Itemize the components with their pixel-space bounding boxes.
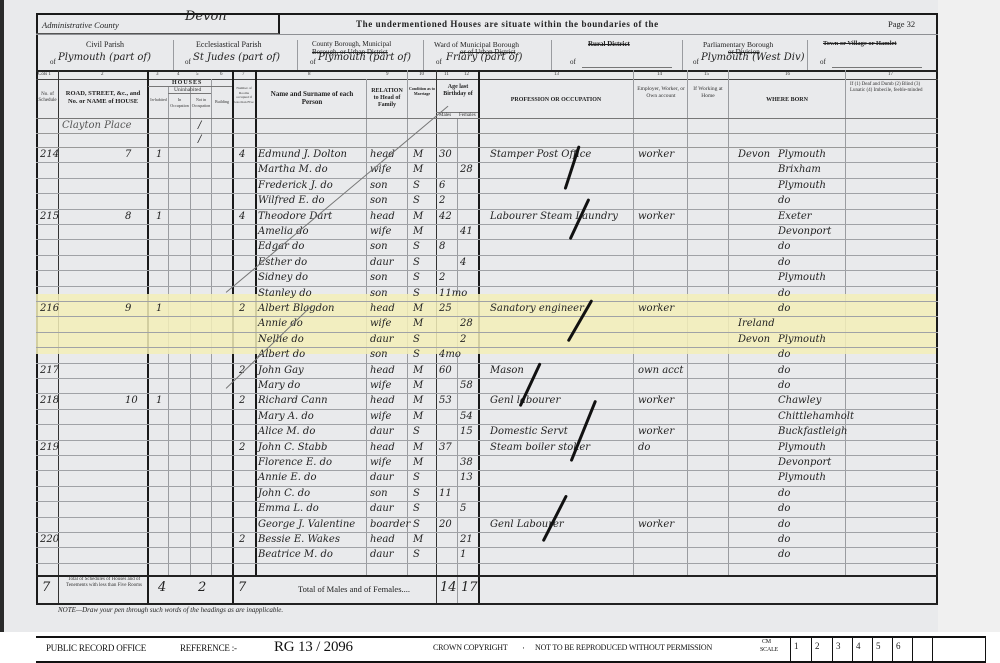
table-row: Alice M. dodaurS15Domestic ServtworkerBu…: [0, 425, 938, 440]
schedule-number: 214: [40, 147, 59, 162]
county-borough-value: Plymouth (part of): [318, 50, 411, 65]
of-label: of: [693, 58, 699, 66]
table-row: Emma L. dodaurS5do: [0, 502, 938, 517]
relation: son: [370, 270, 388, 285]
marital-condition: M: [413, 393, 423, 408]
uninhabited-mark: /: [198, 118, 201, 133]
parliamentary-value: Plymouth (West Div): [701, 50, 805, 65]
marital-condition: M: [413, 147, 423, 162]
totals-label: Total of Schedules of Houses and of Tene…: [62, 577, 146, 589]
page-number: Page 32: [888, 19, 915, 29]
condition-header: Condition as to Marriage: [409, 86, 435, 96]
age-female: 28: [460, 162, 473, 177]
marital-condition: S: [413, 270, 420, 285]
relation-header: RELATION to Head of Family: [368, 88, 406, 109]
age-male: 37: [439, 440, 452, 455]
house-number: 8: [125, 209, 131, 224]
page-heading: The undermentioned Houses are situate wi…: [356, 19, 659, 29]
inhabited-mark: 1: [156, 209, 162, 224]
table-row: Beatrice M. dodaurS1do: [0, 548, 938, 563]
col-number: 9: [386, 72, 389, 78]
house-number: 9: [125, 301, 131, 316]
schedule-number: 216: [40, 301, 59, 316]
relation: wife: [370, 378, 391, 393]
relation: wife: [370, 316, 391, 331]
age-male: 11: [439, 486, 452, 501]
at-home-header: If Working at Home: [689, 86, 727, 100]
marital-condition: S: [413, 239, 420, 254]
age-male: 20: [439, 517, 452, 532]
relation: daur: [370, 547, 394, 562]
marital-condition: M: [413, 316, 423, 331]
birth-place: do: [778, 517, 790, 532]
age-female: 2: [460, 332, 466, 347]
table-row: Amelia dowifeM41Devonport: [0, 225, 938, 240]
schedule-header: No. of Schedule: [38, 92, 57, 104]
birth-place: Plymouth: [778, 470, 826, 485]
rooms-count: 2: [239, 440, 245, 455]
ecclesiastical-parish-value: St Judes (part of): [193, 50, 280, 65]
person-name: Stanley do: [258, 286, 312, 301]
building-header: Building: [212, 99, 232, 105]
marital-condition: S: [413, 332, 420, 347]
birth-place: do: [778, 301, 790, 316]
birth-place: Chittlehamholt: [778, 409, 854, 424]
table-row: Annie dowifeM28Ireland: [0, 317, 938, 332]
of-label: of: [310, 58, 316, 66]
relation: wife: [370, 409, 391, 424]
birth-place: do: [778, 239, 790, 254]
scale-label-cm: CM: [762, 639, 771, 645]
col-number: 10: [419, 72, 424, 78]
of-label: of: [436, 58, 442, 66]
table-row: Martha M. dowifeM28Brixham: [0, 163, 938, 178]
civil-parish-value: Plymouth (part of): [58, 50, 151, 65]
person-name: Bessie E. Wakes: [258, 532, 340, 547]
marital-condition: S: [413, 517, 420, 532]
employment-status: do: [638, 440, 650, 455]
schedule-number: 218: [40, 393, 59, 408]
marital-condition: S: [413, 178, 420, 193]
marital-condition: S: [413, 255, 420, 270]
schedule-number: 217: [40, 363, 59, 378]
relation: daur: [370, 255, 394, 270]
total-persons-label: Total of Males and of Females....: [298, 584, 410, 594]
age-male: 60: [439, 363, 452, 378]
col-number: Cols 1: [38, 72, 51, 78]
employment-status: worker: [638, 301, 674, 316]
birth-county: Ireland: [738, 316, 775, 331]
col-number: 3: [156, 72, 159, 78]
birth-place: Plymouth: [778, 332, 826, 347]
age-male: 11mo: [439, 286, 467, 301]
scale-cell: 5: [872, 638, 892, 661]
marital-condition: M: [413, 532, 423, 547]
inhabited-mark: 1: [156, 393, 162, 408]
marital-condition: S: [413, 424, 420, 439]
age-male: 30: [439, 147, 452, 162]
employment-status: worker: [638, 393, 674, 408]
birth-place: Buckfastleigh: [778, 424, 847, 439]
marital-condition: M: [413, 209, 423, 224]
marital-condition: M: [413, 378, 423, 393]
birth-place: do: [778, 501, 790, 516]
col-number: 16: [785, 72, 790, 78]
scale-cell: [932, 638, 986, 661]
table-row: Annie E. dodaurS13Plymouth: [0, 471, 938, 486]
relation: son: [370, 239, 388, 254]
col-number: 4: [177, 72, 180, 78]
house-number: 7: [125, 147, 131, 162]
employment-status: worker: [638, 209, 674, 224]
table-row: 2181012Richard CannheadM53Genl labourerw…: [0, 394, 938, 409]
col-number: 5: [196, 72, 199, 78]
relation: son: [370, 347, 388, 362]
birth-place: Exeter: [778, 209, 812, 224]
total-inhabited: 4: [158, 580, 166, 595]
relation: son: [370, 286, 388, 301]
marital-condition: M: [413, 162, 423, 177]
person-name: Annie E. do: [258, 470, 316, 485]
person-name: Wilfred E. do: [258, 193, 325, 208]
not-in-occupation-header: Not in Occupation: [191, 97, 211, 109]
rural-district-label: Rural District: [588, 40, 630, 48]
table-row: Edgar dosonS8do: [0, 240, 938, 255]
age-male: 2: [439, 270, 445, 285]
birth-place: Devonport: [778, 455, 831, 470]
admin-county-value: Devon: [185, 9, 227, 24]
rooms-count: 2: [239, 393, 245, 408]
col-number: 17: [888, 72, 893, 78]
birth-place: do: [778, 347, 790, 362]
table-row: Albert dosonS4modo: [0, 348, 938, 363]
rooms-count: 2: [239, 532, 245, 547]
archive-name: PUBLIC RECORD OFFICE: [46, 643, 146, 653]
table-row: John C. dosonS11do: [0, 487, 938, 502]
marital-condition: M: [413, 455, 423, 470]
town-label: Town or Village or Hamlet: [823, 40, 897, 47]
relation: head: [370, 301, 395, 316]
person-name: Mary A. do: [258, 409, 314, 424]
note-text: NOTE—Draw your pen through such words of…: [58, 606, 283, 614]
marital-condition: S: [413, 286, 420, 301]
table-row: 2202Bessie E. WakesheadM21do: [0, 533, 938, 548]
age-female: 15: [460, 424, 473, 439]
marital-condition: M: [413, 363, 423, 378]
rooms-count: 4: [239, 147, 245, 162]
birth-place: do: [778, 286, 790, 301]
birth-place: Plymouth: [778, 147, 826, 162]
of-label: of: [570, 58, 576, 66]
person-name: Frederick J. do: [258, 178, 333, 193]
occupation: Labourer Steam Laundry: [490, 209, 618, 224]
table-row: Stanley dosonS11modo: [0, 287, 938, 302]
in-occupation-header: In Occupation: [169, 97, 190, 109]
road-header: ROAD, STREET, &c., and No. or NAME of HO…: [61, 90, 145, 106]
total-uninhabited: 2: [198, 580, 206, 595]
person-name: John Gay: [258, 363, 304, 378]
inhabited-header: In-habited: [149, 97, 168, 103]
birth-place: do: [778, 378, 790, 393]
total-schedules: 7: [42, 580, 50, 595]
marital-condition: M: [413, 409, 423, 424]
birth-place: Brixham: [778, 162, 821, 177]
name-header: Name and Surname of each Person: [262, 90, 362, 106]
inhabited-mark: 1: [156, 301, 162, 316]
copyright-notice: CROWN COPYRIGHT: [433, 643, 508, 652]
birth-place: Chawley: [778, 393, 821, 408]
person-name: Mary do: [258, 378, 300, 393]
age-male: 8: [439, 239, 445, 254]
employment-status: own acct: [638, 363, 683, 378]
relation: head: [370, 440, 395, 455]
rooms-count: 4: [239, 209, 245, 224]
marital-condition: M: [413, 301, 423, 316]
scale-cell: 3: [832, 638, 852, 661]
relation: head: [370, 363, 395, 378]
age-female: 13: [460, 470, 473, 485]
birth-place: Plymouth: [778, 178, 826, 193]
permission-notice: NOT TO BE REPRODUCED WITHOUT PERMISSION: [535, 643, 712, 652]
total-males: 14: [440, 580, 457, 595]
person-name: Emma L. do: [258, 501, 319, 516]
of-label: of: [50, 58, 56, 66]
col-number: 12: [464, 72, 469, 78]
occupation: Sanatory engineer: [490, 301, 584, 316]
civil-parish-label: Civil Parish: [86, 40, 124, 49]
table-row: Frederick J. dosonS6Plymouth: [0, 179, 938, 194]
infirmity-header: If (1) Deaf and Dumb (2) Blind (3) Lunat…: [850, 82, 934, 94]
reference-label: REFERENCE :-: [180, 643, 237, 653]
reference-number: RG 13 / 2096: [274, 639, 353, 656]
birth-place: Devonport: [778, 224, 831, 239]
birth-place: do: [778, 193, 790, 208]
person-name: Edmund J. Dolton: [258, 147, 347, 162]
person-name: Amelia do: [258, 224, 309, 239]
relation: son: [370, 178, 388, 193]
of-label: of: [820, 58, 826, 66]
county-borough-label: County Borough, Municipal: [312, 40, 391, 48]
uninhabited-mark: /: [198, 132, 201, 147]
ecclesiastical-parish-label: Ecclesiastical Parish: [196, 40, 262, 49]
employment-status: worker: [638, 517, 674, 532]
schedule-number: 220: [40, 532, 59, 547]
scale-label: SCALE: [760, 647, 778, 653]
ward-value: Friary (part of): [446, 50, 522, 65]
scale-cell: [912, 638, 932, 661]
age-male: 6: [439, 178, 445, 193]
rooms-header: Number of Rooms occupied if less than Fi…: [234, 86, 254, 104]
scale-cell: 6: [892, 638, 912, 661]
admin-county-label: Administrative County: [42, 20, 119, 30]
person-name: Beatrice M. do: [258, 547, 333, 562]
archive-footer: PUBLIC RECORD OFFICE REFERENCE :- RG 13 …: [0, 632, 1000, 663]
birth-place: Plymouth: [778, 440, 826, 455]
age-female: 21: [460, 532, 473, 547]
person-name: George J. Valentine: [258, 517, 355, 532]
paper-margin: [938, 0, 1000, 632]
age-male: 53: [439, 393, 452, 408]
marital-condition: S: [413, 193, 420, 208]
inhabited-mark: 1: [156, 147, 162, 162]
schedule-number: 219: [40, 440, 59, 455]
separator: ·: [522, 643, 525, 653]
occupation: Domestic Servt: [490, 424, 568, 439]
person-name: Alice M. do: [258, 424, 315, 439]
age-female: 5: [460, 501, 466, 516]
birth-place: do: [778, 486, 790, 501]
table-row: Sidney dosonS2Plymouth: [0, 271, 938, 286]
table-row: Wilfred E. dosonS2do: [0, 194, 938, 209]
scale-cell: 2: [811, 638, 832, 661]
relation: daur: [370, 470, 394, 485]
birth-place: do: [778, 255, 790, 270]
marital-condition: S: [413, 501, 420, 516]
age-female: 1: [460, 547, 466, 562]
birth-county: Devon: [738, 147, 770, 162]
marital-condition: S: [413, 347, 420, 362]
occupation-header: PROFESSION OR OCCUPATION: [480, 97, 632, 103]
total-rooms: 7: [238, 580, 246, 595]
person-name: Richard Cann: [258, 393, 328, 408]
relation: boarder: [370, 517, 410, 532]
col-number: 14: [657, 72, 662, 78]
relation: daur: [370, 424, 394, 439]
col-number: 2: [101, 72, 104, 78]
employment-status: worker: [638, 424, 674, 439]
street-name: Clayton Place: [62, 118, 132, 133]
employer-header: Employer, Worker, or Own account: [636, 86, 686, 100]
age-female: 38: [460, 455, 473, 470]
occupation: Mason: [490, 363, 524, 378]
relation: wife: [370, 224, 391, 239]
where-born-header: WHERE BORN: [730, 97, 844, 103]
person-name: John C. Stabb: [258, 440, 327, 455]
col-number: 15: [704, 72, 709, 78]
person-name: Sidney do: [258, 270, 308, 285]
birth-place: Plymouth: [778, 270, 826, 285]
marital-condition: M: [413, 440, 423, 455]
house-number: 10: [125, 393, 138, 408]
col-number: 8: [308, 72, 311, 78]
person-name: John C. do: [258, 486, 310, 501]
person-name: Martha M. do: [258, 162, 328, 177]
age-female: 41: [460, 224, 473, 239]
marital-condition: S: [413, 470, 420, 485]
age-male: 2: [439, 193, 445, 208]
age-male: 42: [439, 209, 452, 224]
relation: daur: [370, 332, 394, 347]
relation: head: [370, 209, 395, 224]
relation: daur: [370, 501, 394, 516]
relation: son: [370, 486, 388, 501]
birth-place: do: [778, 547, 790, 562]
marital-condition: M: [413, 224, 423, 239]
rooms-count: 2: [239, 301, 245, 316]
census-page: Administrative County Devon The undermen…: [0, 0, 1000, 632]
age-female: 58: [460, 378, 473, 393]
age-female: 54: [460, 409, 473, 424]
schedule-number: 215: [40, 209, 59, 224]
relation: head: [370, 393, 395, 408]
col-number: 7: [242, 72, 245, 78]
age-female: 4: [460, 255, 466, 270]
col-number: 6: [220, 72, 223, 78]
relation: head: [370, 532, 395, 547]
age-female: 28: [460, 316, 473, 331]
person-name: Albert Blagdon: [258, 301, 335, 316]
scale-cell: 1: [790, 638, 811, 661]
age-header: Age last Birthday of: [438, 84, 478, 98]
total-females: 17: [461, 580, 478, 595]
age-male: 25: [439, 301, 452, 316]
birth-place: do: [778, 532, 790, 547]
employment-status: worker: [638, 147, 674, 162]
relation: son: [370, 193, 388, 208]
person-name: Florence E. do: [258, 455, 332, 470]
relation: wife: [370, 455, 391, 470]
birth-county: Devon: [738, 332, 770, 347]
birth-place: do: [778, 363, 790, 378]
age-male: 4mo: [439, 347, 461, 362]
col-number: 11: [444, 72, 449, 78]
marital-condition: S: [413, 486, 420, 501]
scale-cell: 4: [852, 638, 872, 661]
marital-condition: S: [413, 547, 420, 562]
of-label: of: [185, 58, 191, 66]
col-number: 13: [554, 72, 559, 78]
table-row: Nellie dodaurS2DevonPlymouth: [0, 333, 938, 348]
